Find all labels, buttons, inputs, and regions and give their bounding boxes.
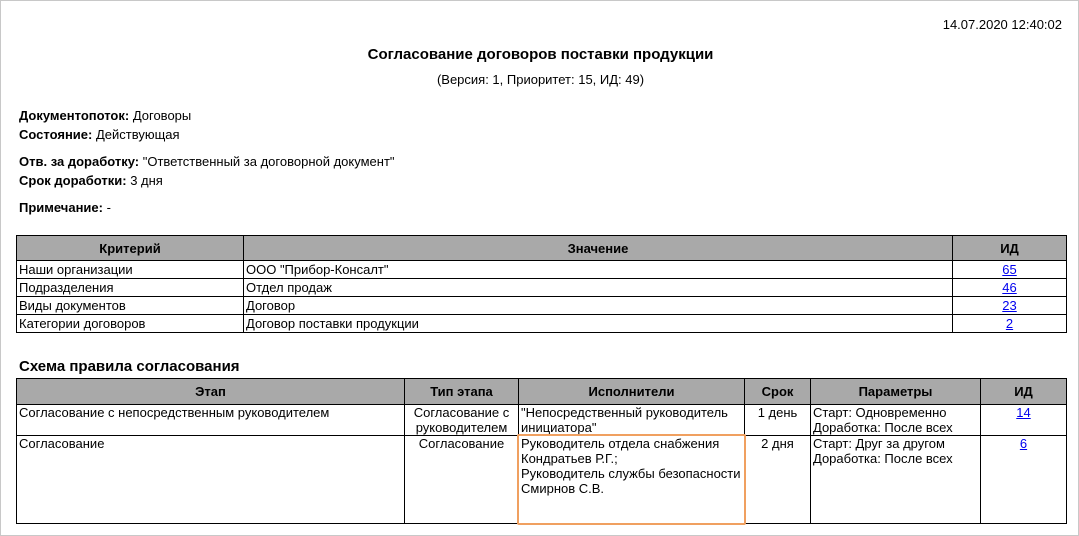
- stage-cell: Согласование с непосредственным руководи…: [17, 405, 405, 436]
- table-row: Подразделения Отдел продаж 46: [17, 279, 1067, 297]
- state-value: Действующая: [92, 127, 179, 142]
- params-cell: Старт: Друг за другом Доработка: После в…: [811, 436, 981, 524]
- note-line: Примечание: -: [19, 198, 111, 217]
- table-row: Согласование с непосредственным руководи…: [17, 405, 1067, 436]
- scheme-section-title: Схема правила согласования: [19, 358, 240, 375]
- stage-type-cell: Согласование с руководителем: [405, 405, 519, 436]
- id-link[interactable]: 46: [1002, 280, 1016, 295]
- stage-type-cell: Согласование: [405, 436, 519, 524]
- state-line: Состояние: Действующая: [19, 125, 191, 144]
- executors-cell: Руководитель отдела снабжения Кондратьев…: [519, 436, 745, 524]
- param-start: Старт: Друг за другом: [813, 436, 978, 451]
- deadline-value: 3 дня: [127, 173, 163, 188]
- table-row: Виды документов Договор 23: [17, 297, 1067, 315]
- value-cell: ООО "Прибор-Консалт": [244, 261, 953, 279]
- note-label: Примечание:: [19, 200, 103, 215]
- responsible-value: "Ответственный за договорной документ": [139, 154, 394, 169]
- report-subtitle: (Версия: 1, Приоритет: 15, ИД: 49): [1, 72, 1079, 87]
- criterion-cell: Категории договоров: [17, 315, 244, 333]
- param-start: Старт: Одновременно: [813, 405, 978, 420]
- id-cell: 46: [953, 279, 1067, 297]
- column-header-stage-type: Тип этапа: [405, 379, 519, 405]
- scheme-table: Этап Тип этапа Исполнители Срок Параметр…: [16, 378, 1067, 524]
- id-cell: 2: [953, 315, 1067, 333]
- responsible-line: Отв. за доработку: "Ответственный за дог…: [19, 152, 395, 171]
- report-title: Согласование договоров поставки продукци…: [1, 46, 1079, 63]
- column-header-params: Параметры: [811, 379, 981, 405]
- id-link[interactable]: 6: [1020, 436, 1027, 451]
- id-link[interactable]: 14: [1016, 405, 1030, 420]
- term-cell: 1 день: [745, 405, 811, 436]
- id-cell: 65: [953, 261, 1067, 279]
- docflow-value: Договоры: [129, 108, 191, 123]
- param-rework: Доработка: После всех: [813, 420, 978, 435]
- id-link[interactable]: 23: [1002, 298, 1016, 313]
- id-cell: 14: [981, 405, 1067, 436]
- docflow-label: Документопоток:: [19, 108, 129, 123]
- docflow-line: Документопоток: Договоры: [19, 106, 191, 125]
- params-cell: Старт: Одновременно Доработка: После все…: [811, 405, 981, 436]
- state-label: Состояние:: [19, 127, 92, 142]
- deadline-label: Срок доработки:: [19, 173, 127, 188]
- column-header-stage: Этап: [17, 379, 405, 405]
- executor-text: Руководитель отдела снабжения Кондратьев…: [521, 436, 742, 466]
- criterion-cell: Наши организации: [17, 261, 244, 279]
- column-header-executors: Исполнители: [519, 379, 745, 405]
- executors-cell: "Непосредственный руководитель инициатор…: [519, 405, 745, 436]
- id-link[interactable]: 2: [1006, 316, 1013, 331]
- id-cell: 6: [981, 436, 1067, 524]
- column-header-id: ИД: [981, 379, 1067, 405]
- column-header-term: Срок: [745, 379, 811, 405]
- value-cell: Договор поставки продукции: [244, 315, 953, 333]
- responsible-label: Отв. за доработку:: [19, 154, 139, 169]
- column-header-id: ИД: [953, 236, 1067, 261]
- criterion-cell: Подразделения: [17, 279, 244, 297]
- param-rework: Доработка: После всех: [813, 451, 978, 466]
- info-block-general: Документопоток: Договоры Состояние: Дейс…: [19, 106, 191, 144]
- term-cell: 2 дня: [745, 436, 811, 524]
- info-block-note: Примечание: -: [19, 198, 111, 217]
- report-timestamp: 14.07.2020 12:40:02: [943, 17, 1062, 32]
- note-value: -: [103, 200, 111, 215]
- value-cell: Договор: [244, 297, 953, 315]
- column-header-criterion: Критерий: [17, 236, 244, 261]
- deadline-line: Срок доработки: 3 дня: [19, 171, 395, 190]
- column-header-value: Значение: [244, 236, 953, 261]
- stage-cell: Согласование: [17, 436, 405, 524]
- table-row: Категории договоров Договор поставки про…: [17, 315, 1067, 333]
- criteria-header-row: Критерий Значение ИД: [17, 236, 1067, 261]
- scheme-header-row: Этап Тип этапа Исполнители Срок Параметр…: [17, 379, 1067, 405]
- criteria-table: Критерий Значение ИД Наши организации ОО…: [16, 235, 1067, 333]
- criterion-cell: Виды документов: [17, 297, 244, 315]
- table-row: Наши организации ООО "Прибор-Консалт" 65: [17, 261, 1067, 279]
- id-link[interactable]: 65: [1002, 262, 1016, 277]
- executor-text: Руководитель службы безопасности Смирнов…: [521, 466, 742, 496]
- info-block-rework: Отв. за доработку: "Ответственный за дог…: [19, 152, 395, 190]
- id-cell: 23: [953, 297, 1067, 315]
- report-page: 14.07.2020 12:40:02 Согласование договор…: [0, 0, 1079, 536]
- executor-text: "Непосредственный руководитель инициатор…: [521, 405, 742, 435]
- value-cell: Отдел продаж: [244, 279, 953, 297]
- table-row: Согласование Согласование Руководитель о…: [17, 436, 1067, 524]
